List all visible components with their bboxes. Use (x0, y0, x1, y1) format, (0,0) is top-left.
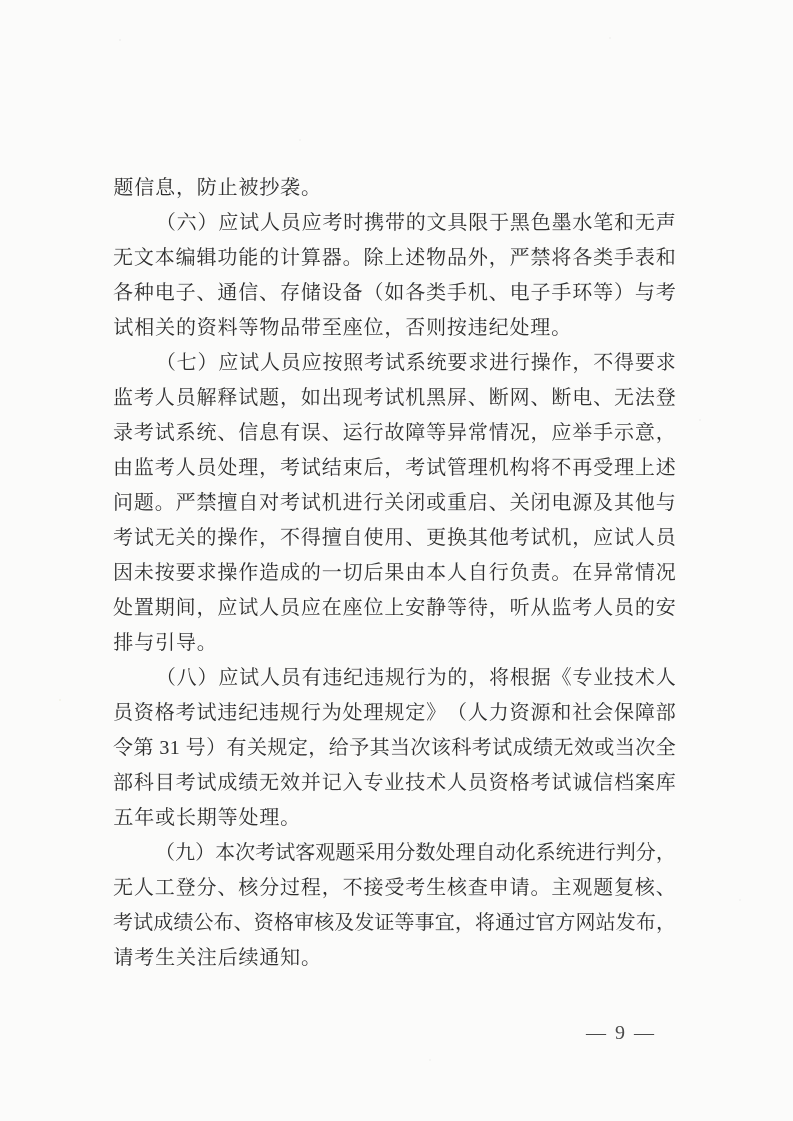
glyph: 将 (475, 913, 495, 933)
glyph: 各 (572, 248, 592, 268)
glyph: 上 (384, 598, 404, 618)
glyph: 监 (113, 388, 133, 408)
glyph: 受 (384, 878, 404, 898)
glyph: 案 (635, 773, 655, 793)
glyph: 理 (468, 458, 488, 478)
glyph: 期 (196, 808, 217, 828)
glyph: 与 (656, 493, 676, 513)
glyph: 安 (405, 598, 425, 618)
glyph: 现 (343, 388, 363, 408)
glyph: ， (656, 913, 676, 933)
glyph: 引 (155, 633, 176, 653)
glyph: 等 (426, 423, 446, 443)
glyph: 、 (322, 423, 342, 443)
glyph: 客 (295, 843, 315, 863)
glyph: 时 (343, 213, 363, 233)
glyph: 。 (301, 948, 322, 968)
text-line: 问题。严禁擅自对考试机进行关闭或重启、关闭电源及其他与 (113, 485, 676, 520)
glyph: 考 (510, 528, 530, 548)
glyph: 部 (656, 703, 676, 723)
glyph: 受 (593, 458, 613, 478)
glyph: ， (468, 668, 488, 688)
glyph: 待 (468, 598, 488, 618)
glyph: 格 (155, 703, 175, 723)
glyph: 严 (176, 493, 196, 513)
glyph: 理 (364, 703, 384, 723)
glyph: 要 (447, 353, 467, 373)
glyph: 闭 (531, 493, 551, 513)
glyph: 七 (177, 353, 197, 373)
paragraph-indent (113, 852, 155, 853)
glyph: 再 (572, 458, 592, 478)
glyph: 手 (593, 423, 613, 443)
glyph: 观 (315, 843, 335, 863)
glyph: 黑 (426, 388, 446, 408)
glyph: 关 (176, 948, 197, 968)
glyph: 机 (468, 283, 488, 303)
glyph: 设 (322, 283, 342, 303)
glyph: 分 (259, 878, 279, 898)
glyph: 宜 (435, 913, 455, 933)
glyph: 。 (531, 878, 551, 898)
glyph: 的 (406, 213, 426, 233)
glyph: 异 (593, 563, 613, 583)
glyph: 人 (468, 703, 488, 723)
glyph: ） (197, 213, 217, 233)
glyph: 的 (447, 668, 467, 688)
glyph: 防 (196, 178, 217, 198)
glyph: 本 (426, 563, 446, 583)
glyph: 考 (364, 353, 384, 373)
glyph: 电 (155, 283, 175, 303)
glyph: 人 (447, 563, 467, 583)
glyph: 袭 (280, 178, 301, 198)
glyph: 作 (552, 353, 572, 373)
glyph: 排 (113, 633, 134, 653)
glyph: 、 (489, 493, 509, 513)
glyph: 令 (113, 738, 133, 758)
glyph: 八 (177, 668, 197, 688)
glyph: 通 (495, 913, 515, 933)
glyph: 部 (113, 773, 133, 793)
glyph: 种 (134, 283, 154, 303)
glyph: 请 (113, 948, 134, 968)
glyph: 和 (551, 703, 571, 723)
glyph: 应 (551, 423, 571, 443)
glyph: 笔 (593, 213, 613, 233)
glyph: 作 (238, 528, 258, 548)
glyph: 有 (280, 423, 300, 443)
glyph: 科 (134, 773, 154, 793)
glyph: 员 (281, 668, 301, 688)
glyph: 审 (294, 913, 314, 933)
glyph: 编 (176, 248, 196, 268)
glyph: 环 (572, 283, 592, 303)
glyph: 员 (176, 388, 196, 408)
glyph: ） (206, 738, 226, 758)
text-line: 由监考人员处理，考试结束后，考试管理机构将不再受理上述 (113, 450, 676, 485)
glyph: 考 (405, 878, 425, 898)
glyph: 绩 (238, 773, 258, 793)
glyph: 各 (405, 283, 425, 303)
glyph: 六 (177, 213, 197, 233)
glyph: 求 (468, 353, 488, 373)
glyph: （ (447, 703, 467, 723)
glyph: 在 (572, 563, 592, 583)
glyph: 《 (552, 668, 572, 688)
glyph: 试 (239, 668, 259, 688)
glyph: 考 (113, 913, 133, 933)
glyph: 试 (113, 318, 134, 338)
glyph: 、 (468, 388, 488, 408)
glyph: 要 (635, 353, 655, 373)
glyph: 系 (176, 423, 196, 443)
glyph: 据 (531, 668, 551, 688)
glyph: 信 (238, 423, 258, 443)
glyph: 由 (405, 563, 425, 583)
glyph: 意 (635, 423, 655, 443)
text-line: （八）应试人员有违纪违规行为的，将根据《专业技术人 (113, 660, 676, 695)
glyph: 按 (447, 318, 468, 338)
glyph: 1 (170, 738, 180, 758)
glyph: 人 (260, 668, 280, 688)
glyph: 关 (384, 493, 404, 513)
paragraph-indent (113, 222, 155, 223)
glyph: 理 (614, 458, 634, 478)
glyph: 行 (301, 703, 321, 723)
glyph: 效 (280, 773, 300, 793)
glyph: 试 (492, 738, 512, 758)
glyph: 无 (554, 738, 574, 758)
glyph: 算 (301, 248, 321, 268)
glyph: 注 (196, 948, 217, 968)
text-line: 令第31号）有关规定，给予其当次该科考试成绩无效或当次全 (113, 730, 676, 765)
glyph: 他 (635, 493, 655, 513)
glyph: 年 (134, 808, 155, 828)
glyph: 功 (217, 248, 237, 268)
glyph: 核 (238, 878, 258, 898)
glyph: 按 (155, 563, 175, 583)
glyph: 处 (343, 703, 363, 723)
glyph: 闭 (405, 493, 425, 513)
glyph: 未 (134, 563, 154, 583)
glyph: 应 (218, 213, 238, 233)
glyph: 处 (113, 598, 133, 618)
glyph: 出 (322, 388, 342, 408)
glyph: 应 (217, 598, 237, 618)
glyph: 员 (468, 773, 488, 793)
glyph: 障 (405, 423, 425, 443)
glyph: 考 (472, 738, 492, 758)
glyph: 述 (656, 458, 676, 478)
glyph: 、 (593, 388, 613, 408)
text-line: 无人工登分、核分过程，不接受考生核查申请。主观题复核、 (113, 870, 676, 905)
glyph: 文 (427, 213, 447, 233)
glyph: 分 (636, 843, 656, 863)
glyph: 及 (334, 913, 354, 933)
glyph: 化 (516, 843, 536, 863)
glyph: 术 (635, 668, 655, 688)
glyph: ， (322, 878, 342, 898)
glyph: 机 (405, 388, 425, 408)
glyph: 人 (260, 213, 280, 233)
glyph: 数 (415, 843, 435, 863)
glyph: 情 (635, 563, 655, 583)
glyph: 的 (259, 248, 279, 268)
glyph: 事 (415, 913, 435, 933)
text-line: 请考生关注后续通知。 (113, 940, 676, 975)
glyph: 通 (217, 283, 237, 303)
glyph: 考 (176, 773, 196, 793)
glyph: 考 (364, 388, 384, 408)
text-line: 题信息，防止被抄袭。 (113, 170, 676, 205)
glyph: 和 (656, 248, 676, 268)
glyph: 资 (134, 703, 154, 723)
glyph: 手 (551, 283, 571, 303)
glyph: 备 (343, 283, 363, 303)
glyph: 及 (593, 493, 613, 513)
glyph: 的 (176, 318, 197, 338)
glyph: 等 (593, 283, 613, 303)
glyph: 违 (217, 703, 237, 723)
glyph: 要 (176, 563, 196, 583)
text-line: 录考试系统、信息有误、运行故障等异常情况，应举手示意， (113, 415, 676, 450)
glyph: 九 (175, 843, 195, 863)
glyph: 电 (510, 283, 530, 303)
glyph: 查 (468, 878, 488, 898)
glyph: 无 (113, 248, 133, 268)
glyph: 色 (531, 213, 551, 233)
glyph: 的 (301, 563, 321, 583)
glyph: 与 (134, 633, 155, 653)
glyph: 资 (489, 773, 509, 793)
glyph: 。 (551, 318, 572, 338)
glyph: 试 (239, 213, 259, 233)
glyph: 库 (656, 773, 676, 793)
glyph: ， (656, 423, 676, 443)
glyph: 储 (301, 283, 321, 303)
glyph: 期 (155, 598, 175, 618)
glyph: 资 (196, 318, 217, 338)
glyph: 墨 (552, 213, 572, 233)
glyph: ， (489, 598, 509, 618)
glyph: 接 (364, 878, 384, 898)
glyph: 考 (134, 948, 155, 968)
glyph: 表 (635, 248, 655, 268)
glyph: 辑 (197, 248, 217, 268)
glyph: （ (364, 283, 384, 303)
glyph: 携 (364, 213, 384, 233)
glyph: 机 (322, 493, 342, 513)
glyph: 等 (238, 318, 259, 338)
glyph: 试 (614, 528, 634, 548)
glyph: 处 (435, 843, 455, 863)
glyph: 将 (489, 668, 509, 688)
glyph: ， (259, 528, 279, 548)
glyph: 故 (384, 423, 404, 443)
glyph: 解 (197, 388, 217, 408)
glyph: 束 (343, 458, 363, 478)
glyph: 自 (468, 563, 488, 583)
glyph: 果 (384, 563, 404, 583)
glyph: 关 (247, 738, 267, 758)
glyph: ， (308, 738, 328, 758)
glyph: 的 (197, 528, 217, 548)
glyph: 纪 (343, 668, 363, 688)
glyph: 后 (364, 458, 384, 478)
glyph: 、 (197, 283, 217, 303)
glyph: 试 (426, 458, 446, 478)
glyph: ， (656, 843, 676, 863)
glyph: 采 (355, 843, 375, 863)
glyph: 按 (322, 353, 342, 373)
glyph: 过 (280, 878, 300, 898)
glyph: 屏 (447, 388, 467, 408)
glyph: 知 (280, 948, 301, 968)
glyph: ， (259, 458, 279, 478)
glyph: 理 (259, 808, 280, 828)
glyph: 限 (468, 213, 488, 233)
glyph: 证 (374, 913, 394, 933)
glyph: 的 (635, 598, 655, 618)
glyph: 安 (656, 598, 676, 618)
glyph: 文 (134, 248, 154, 268)
glyph: 格 (510, 773, 530, 793)
glyph: 试 (551, 773, 571, 793)
glyph: 。 (196, 633, 217, 653)
glyph: 题 (259, 388, 279, 408)
glyph: 如 (301, 388, 321, 408)
glyph: 复 (614, 878, 634, 898)
glyph: 为 (427, 668, 447, 688)
glyph: 不 (343, 878, 363, 898)
glyph: 次 (410, 738, 430, 758)
glyph: 程 (301, 878, 321, 898)
glyph: 启 (468, 493, 488, 513)
glyph: 一 (322, 563, 342, 583)
glyph: 》 (426, 703, 446, 723)
glyph: 、 (234, 913, 254, 933)
glyph: 后 (364, 563, 384, 583)
glyph: 试 (133, 913, 153, 933)
glyph: 物 (426, 248, 446, 268)
glyph: 声 (656, 213, 676, 233)
glyph: 第 (133, 738, 153, 758)
glyph: 料 (217, 318, 238, 338)
glyph: 外 (468, 248, 488, 268)
glyph: 纪 (238, 703, 258, 723)
glyph: 、 (259, 283, 279, 303)
glyph: ， (572, 353, 592, 373)
glyph: 理 (456, 843, 476, 863)
glyph: 他 (489, 528, 509, 548)
glyph: 考 (572, 598, 592, 618)
glyph: 分 (395, 843, 415, 863)
glyph: 诚 (572, 773, 592, 793)
glyph: 。 (155, 493, 175, 513)
glyph: 成 (153, 913, 173, 933)
glyph: 规 (384, 703, 404, 723)
glyph: 通 (259, 948, 280, 968)
glyph: 有 (302, 668, 322, 688)
glyph: 理 (530, 318, 551, 338)
glyph: 问 (113, 493, 133, 513)
glyph: 考 (531, 773, 551, 793)
glyph: 否 (405, 318, 426, 338)
glyph: 导 (176, 633, 197, 653)
glyph: 全 (656, 738, 676, 758)
glyph: 因 (113, 563, 133, 583)
glyph: 切 (343, 563, 363, 583)
glyph: 发 (616, 913, 636, 933)
glyph: 题 (113, 178, 134, 198)
glyph: 监 (551, 598, 571, 618)
glyph: 不 (551, 458, 571, 478)
glyph: 或 (594, 738, 614, 758)
glyph: ） (614, 283, 634, 303)
glyph: 擅 (217, 493, 237, 513)
glyph: 绩 (533, 738, 553, 758)
glyph: 业 (384, 773, 404, 793)
glyph: 常 (468, 423, 488, 443)
glyph: 上 (384, 248, 404, 268)
glyph: 申 (489, 878, 509, 898)
glyph: ） (197, 353, 217, 373)
glyph: 带 (301, 318, 322, 338)
glyph: 登 (176, 878, 196, 898)
glyph: 试 (238, 388, 258, 408)
glyph: 和 (614, 213, 634, 233)
glyph: 。 (280, 808, 301, 828)
glyph: 官 (535, 913, 555, 933)
glyph: 求 (656, 353, 676, 373)
glyph: 试 (275, 843, 295, 863)
glyph: 断 (551, 388, 571, 408)
glyph: 续 (238, 948, 259, 968)
glyph: ） (195, 843, 215, 863)
glyph: 座 (343, 598, 363, 618)
glyph: 自 (343, 528, 363, 548)
glyph: 操 (217, 563, 237, 583)
glyph: 、 (405, 528, 425, 548)
glyph: 员 (656, 528, 676, 548)
glyph: 上 (635, 458, 655, 478)
glyph: 核 (635, 878, 655, 898)
paragraph-indent (113, 362, 155, 363)
glyph: 核 (447, 878, 467, 898)
glyph: 从 (531, 598, 551, 618)
glyph: 由 (113, 458, 133, 478)
text-line: 处置期间，应试人员应在座位上安静等待，听从监考人员的安 (113, 590, 676, 625)
text-line: 监考人员解释试题，如出现考试机黑屏、断网、断电、无法登 (113, 380, 676, 415)
glyph: 定 (288, 738, 308, 758)
glyph: 行 (406, 668, 426, 688)
glyph: 等 (217, 808, 238, 828)
glyph: 考 (280, 458, 300, 478)
glyph: 子 (531, 283, 551, 303)
glyph: 进 (576, 843, 596, 863)
glyph: 社 (572, 703, 592, 723)
glyph: ， (531, 423, 551, 443)
glyph: 员 (281, 353, 301, 373)
glyph: 被 (238, 178, 259, 198)
glyph: 至 (321, 318, 342, 338)
glyph: 述 (405, 248, 425, 268)
glyph: 计 (280, 248, 300, 268)
glyph: 各 (113, 283, 133, 303)
glyph: 本 (155, 248, 175, 268)
glyph: 、 (489, 283, 509, 303)
